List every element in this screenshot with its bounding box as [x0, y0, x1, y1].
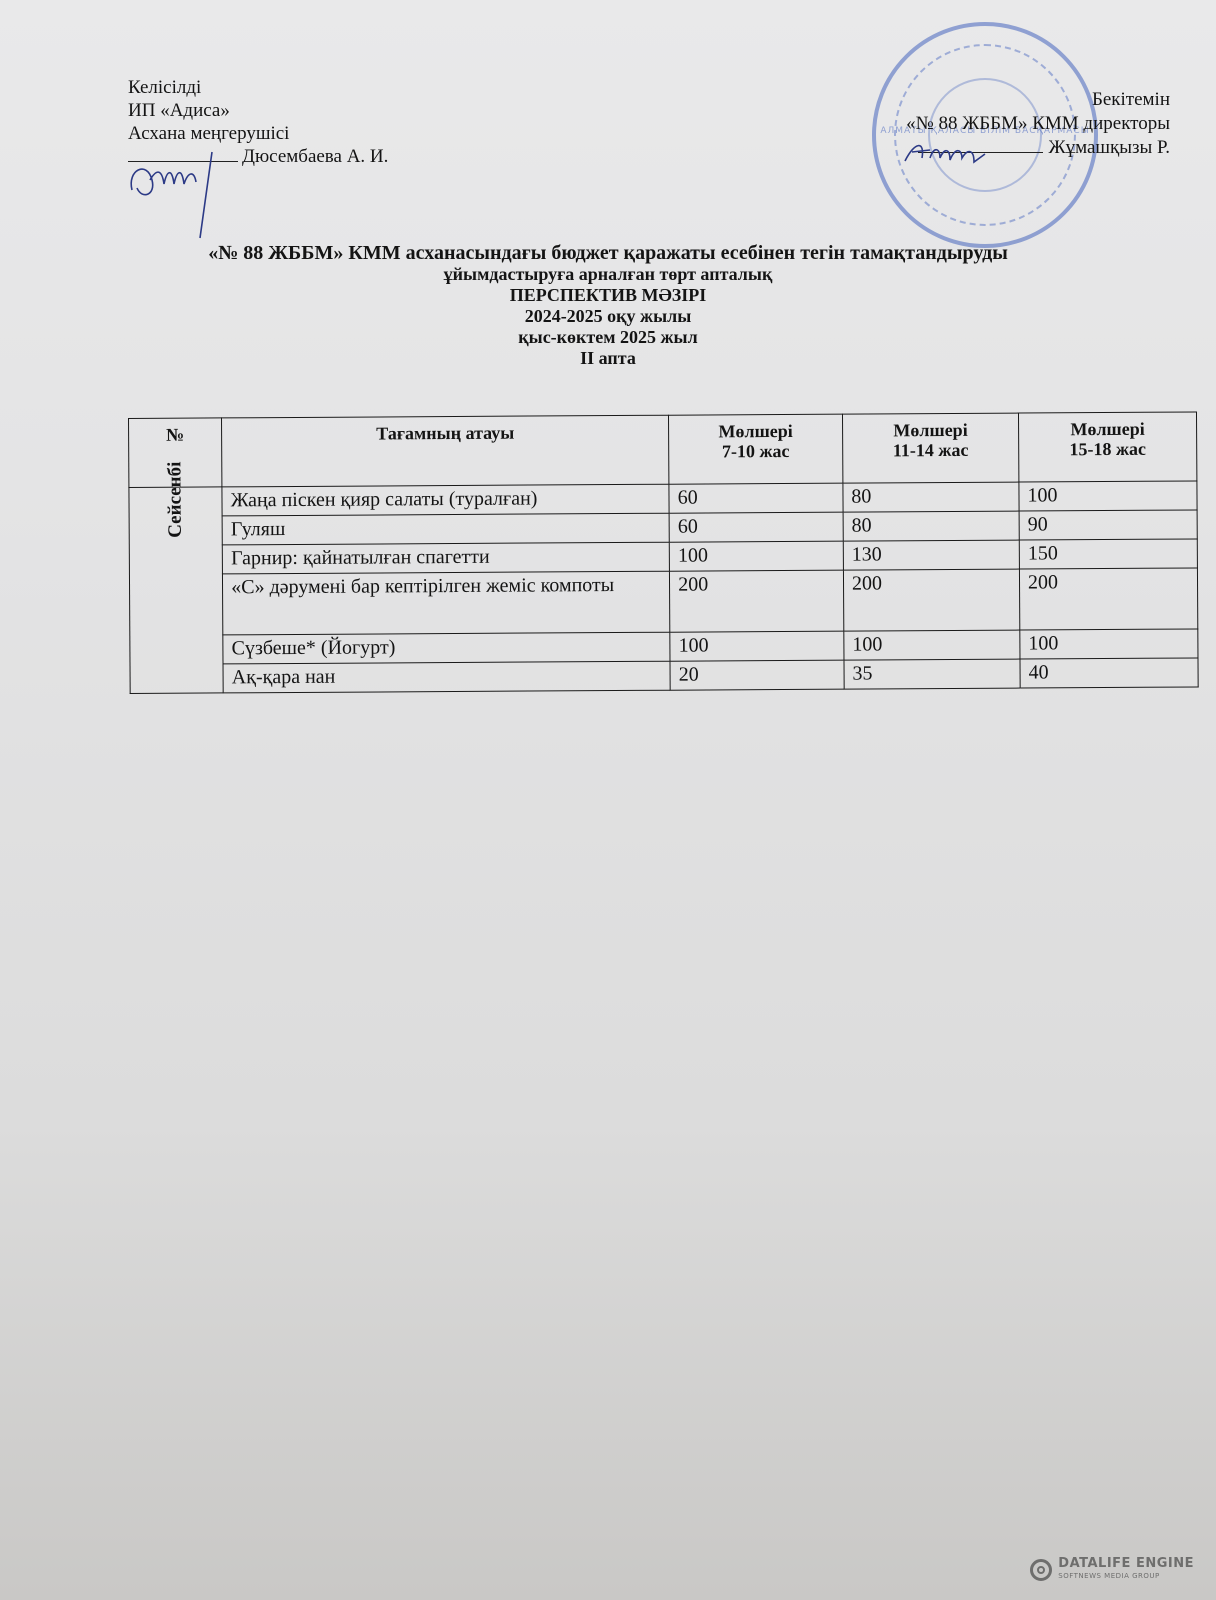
title-line-5: қыс-көктем 2025 жыл [0, 327, 1216, 348]
qty-15-18: 100 [1019, 481, 1197, 511]
qty-11-14: 35 [844, 659, 1020, 689]
approval-right-heading: Бекітемін [906, 88, 1170, 112]
dish-name: Гарнир: қайнатылған спагетти [222, 542, 669, 574]
title-line-1: «№ 88 ЖББМ» КММ асханасындағы бюджет қар… [0, 243, 1216, 264]
title-line-3: ПЕРСПЕКТИВ МӘЗІРІ [0, 285, 1216, 306]
dish-name: Ақ-қара нан [223, 661, 670, 693]
header-qty-label: Мөлшері [1027, 419, 1188, 440]
qty-11-14: 130 [843, 540, 1019, 570]
qty-11-14: 200 [843, 569, 1019, 631]
title-line-2: ұйымдастыруға арналған төрт апталық [0, 264, 1216, 285]
watermark-subtitle: SOFTNEWS MEDIA GROUP [1058, 1570, 1194, 1582]
day-label: Сейсенбі [164, 462, 186, 538]
qty-15-18: 150 [1019, 539, 1197, 569]
approval-left-organization: ИП «Адиса» [128, 99, 388, 122]
dish-name: Жаңа піскен қияр салаты (туралған) [222, 484, 669, 516]
watermark: DATALIFE ENGINE SOFTNEWS MEDIA GROUP [1030, 1558, 1194, 1582]
header-age-range: 15-18 жас [1027, 439, 1188, 460]
approval-right-position: «№ 88 ЖББМ» КММ директоры [906, 112, 1170, 136]
menu-table: № Тағамның атауы Мөлшері 7-10 жас Мөлшер… [128, 411, 1199, 694]
qty-11-14: 100 [844, 630, 1020, 660]
approval-left-position: Асхана меңгерушісі [128, 122, 388, 145]
qty-7-10: 200 [670, 570, 844, 632]
qty-15-18: 200 [1019, 568, 1197, 630]
dish-name: Гуляш [222, 513, 669, 545]
dish-name: Сүзбеше* (Йогурт) [223, 632, 670, 664]
header-age-range: 7-10 жас [677, 441, 834, 462]
day-cell: Сейсенбі [129, 487, 223, 694]
approval-left-signatory: Дюсембаева А. И. [242, 146, 388, 167]
watermark-title: DATALIFE ENGINE [1058, 1558, 1194, 1570]
header-age-range: 11-14 жас [851, 440, 1010, 461]
approval-right-signatory: Жұмашқызы Р. [1049, 137, 1170, 158]
header-qty-11-14: Мөлшері 11-14 жас [842, 413, 1019, 483]
qty-15-18: 100 [1020, 629, 1198, 659]
qty-15-18: 40 [1020, 658, 1198, 688]
title-line-6: ІІ апта [0, 348, 1216, 369]
document-title: «№ 88 ЖББМ» КММ асханасындағы бюджет қар… [0, 243, 1216, 369]
qty-7-10: 100 [669, 541, 843, 571]
title-line-4: 2024-2025 оқу жылы [0, 306, 1216, 327]
qty-7-10: 20 [670, 660, 844, 690]
qty-7-10: 60 [669, 512, 843, 542]
header-qty-15-18: Мөлшері 15-18 жас [1018, 412, 1196, 482]
qty-7-10: 100 [670, 631, 844, 661]
qty-7-10: 60 [669, 483, 843, 513]
table-row: «С» дәрумені бар кептірілген жеміс компо… [129, 568, 1197, 636]
handwritten-signature-icon [122, 150, 232, 240]
datalife-logo-icon [1030, 1559, 1052, 1581]
qty-11-14: 80 [843, 482, 1019, 512]
dish-name: «С» дәрумені бар кептірілген жеміс компо… [223, 571, 670, 635]
handwritten-signature-icon [900, 136, 990, 176]
watermark-text: DATALIFE ENGINE SOFTNEWS MEDIA GROUP [1058, 1558, 1194, 1582]
qty-11-14: 80 [843, 511, 1019, 541]
approval-left-heading: Келісілді [128, 76, 388, 99]
qty-15-18: 90 [1019, 510, 1197, 540]
header-qty-label: Мөлшері [677, 421, 834, 442]
table-header-row: № Тағамның атауы Мөлшері 7-10 жас Мөлшер… [129, 412, 1197, 488]
header-qty-label: Мөлшері [851, 420, 1010, 441]
header-dish-name: Тағамның атауы [222, 415, 669, 487]
table-row: Ақ-қара нан 20 35 40 [130, 658, 1198, 694]
header-qty-7-10: Мөлшері 7-10 жас [669, 414, 843, 484]
